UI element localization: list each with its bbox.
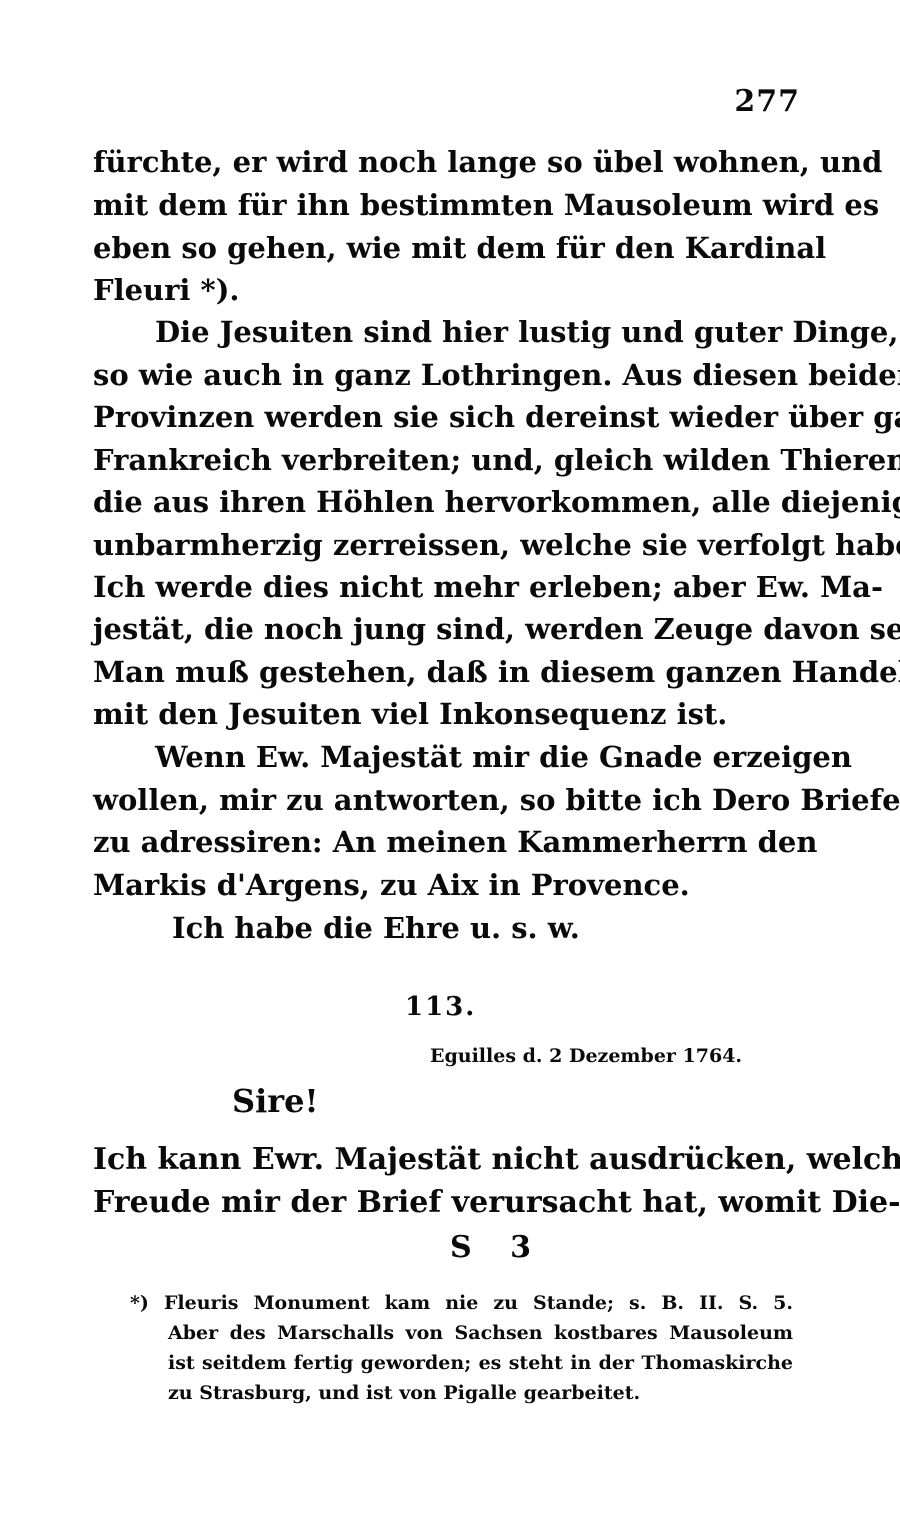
text-line: Provinzen werden sie sich dereinst wiede… — [93, 397, 800, 437]
letter-number: 113. — [405, 992, 476, 1022]
page-number: 277 — [734, 84, 800, 119]
text-line: mit den Jesuiten viel Inkonsequenz ist. — [93, 694, 800, 734]
text-line: fürchte, er wird noch lange so übel wohn… — [93, 142, 800, 182]
text-line: Man muß gestehen, daß in diesem ganzen H… — [93, 652, 800, 692]
signature-mark: S 3 — [450, 1230, 545, 1265]
text-line: zu adressiren: An meinen Kammerherrn den — [93, 822, 800, 862]
text-line: Die Jesuiten sind hier lustig und guter … — [155, 312, 800, 352]
text-line: Markis d'Argens, zu Aix in Provence. — [93, 865, 800, 905]
letter-dateline: Eguilles d. 2 Dezember 1764. — [430, 1045, 742, 1067]
footnote-line: Aber des Marschalls von Sachsen kostbare… — [168, 1319, 793, 1347]
text-line: Wenn Ew. Majestät mir die Gnade erzeigen — [155, 737, 800, 777]
closing-formula: Ich habe die Ehre u. s. w. — [172, 908, 817, 948]
text-line: Fleuri *). — [93, 270, 800, 310]
text-line: jestät, die noch jung sind, werden Zeuge… — [93, 609, 800, 649]
letter-salutation: Sire! — [232, 1082, 319, 1120]
text-line: mit dem für ihn bestimmten Mausoleum wir… — [93, 185, 800, 225]
text-line: Freude mir der Brief verursacht hat, wom… — [93, 1183, 800, 1223]
book-page: 277 fürchte, er wird noch lange so übel … — [0, 0, 900, 1522]
text-line: die aus ihren Höhlen hervorkommen, alle … — [93, 482, 800, 522]
text-line: Ich werde dies nicht mehr erleben; aber … — [93, 567, 800, 607]
footnote-line: *) Fleuris Monument kam nie zu Stande; s… — [130, 1289, 793, 1317]
text-line: eben so gehen, wie mit dem für den Kardi… — [93, 228, 800, 268]
footnote-line: ist seitdem fertig geworden; es steht in… — [168, 1349, 793, 1377]
text-line: Frankreich verbreiten; und, gleich wilde… — [93, 440, 800, 480]
text-line: Ich kann Ewr. Majestät nicht ausdrücken,… — [93, 1140, 800, 1180]
text-line: wollen, mir zu antworten, so bitte ich D… — [93, 780, 800, 820]
text-line: so wie auch in ganz Lothringen. Aus dies… — [93, 355, 800, 395]
text-line: unbarmherzig zerreissen, welche sie verf… — [93, 525, 800, 565]
footnote-line: zu Strasburg, und ist von Pigalle gearbe… — [168, 1379, 793, 1407]
